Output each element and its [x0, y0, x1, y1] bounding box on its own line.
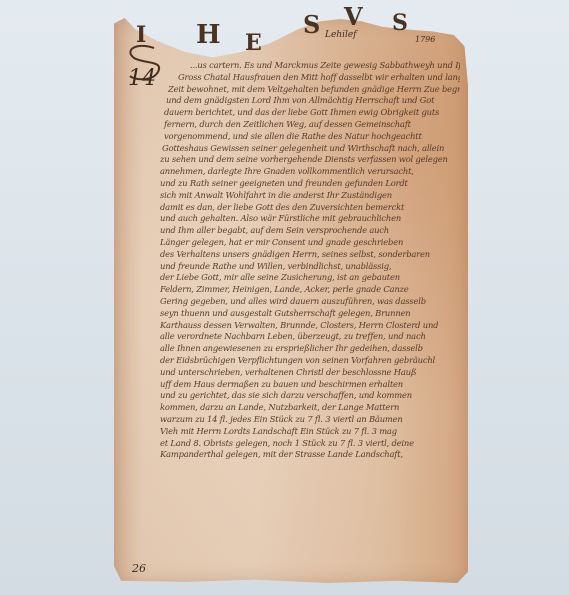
heading-letter-h: H [196, 20, 221, 50]
text-line: Zeit bewohnet, mit dem Veltgehalten befu… [160, 84, 460, 96]
text-line: Kampanderthal gelegen, mit der Strasse L… [160, 449, 460, 461]
text-line: uff dem Haus dermaßen zu bauen und besch… [160, 379, 460, 391]
text-line: Vieh mit Herrn Lordts Landschaft Ein Stü… [160, 426, 460, 438]
heading-letter-s: S [303, 10, 320, 39]
text-line: warzum zu 14 fl. jedes Ein Stück zu 7 fl… [160, 414, 460, 426]
text-line: Karthauss dessen Verwalten, Brunnde, Clo… [160, 320, 460, 332]
text-line: vorgenommend, und sie allen die Rathe de… [160, 131, 460, 143]
text-line: et Land 8. Obrists gelegen, noch 1 Stück… [160, 438, 460, 450]
text-line: annehmen, darlegte Ihre Gnaden vollkomme… [160, 166, 460, 178]
text-line: Länger gelegen, hat er mir Consent und g… [160, 237, 460, 249]
heading-letter-v: V [344, 2, 363, 31]
text-line: dauern berichtet, und das der liebe Gott… [160, 107, 460, 119]
text-line: Gross Chatal Hausfrauen den Mitt hoff da… [160, 72, 460, 84]
text-line: Gering gegeben, und alles wird dauern au… [160, 296, 460, 308]
text-line: und freunde Rathe und Willen, verbindlic… [160, 261, 460, 273]
text-line: und zu Rath seiner geeigneten und freund… [160, 178, 460, 190]
text-line: ...us cartern. Es und Marckmus Zeite gew… [160, 60, 460, 72]
bottom-folio-number: 26 [132, 562, 146, 575]
marginal-number: 14 [128, 66, 156, 91]
top-right-number: 1796 [415, 35, 435, 44]
heading-letter-e: E [245, 30, 262, 56]
manuscript-body: ...us cartern. Es und Marckmus Zeite gew… [160, 60, 460, 461]
text-line: Gotteshaus Gewissen seiner gelegenheit u… [160, 143, 460, 155]
text-line: und auch gehalten. Also wär Fürstliche m… [160, 213, 460, 225]
text-line: und unterschrieben, verhaltenen Christl … [160, 367, 460, 379]
text-line: und Ihm aller begabt, auf dem Sein versp… [160, 225, 460, 237]
heading-letter-s2: S [392, 10, 408, 36]
text-line: seyn thuenn und ausgestalt Gutsherrschaf… [160, 308, 460, 320]
text-line: kommen, darzu an Lande, Nutzbarkeit, der… [160, 402, 460, 414]
text-line: des Verhaltens unsers gnädigen Herrn, se… [160, 249, 460, 261]
top-annotation: Lehilef [325, 30, 357, 40]
text-line: der Eidsbrüchigen Verpflichtungen von se… [160, 355, 460, 367]
text-line: und dem gnädigsten Lord Ihm von Allmächt… [160, 95, 460, 107]
text-line: alle verordnete Nachbarn Leben, überzeug… [160, 331, 460, 343]
text-line: und zu gerichtet, das sie sich darzu ver… [160, 390, 460, 402]
text-line: der Liebe Gott, mir alle seine Zusicheru… [160, 272, 460, 284]
text-line: alle Ihnen angewiesenen zu ersprießliche… [160, 343, 460, 355]
text-line: sich mit Anwalt Wohlfahrt in die anderst… [160, 190, 460, 202]
text-line: Feldern, Zimmer, Heinigen, Lande, Acker,… [160, 284, 460, 296]
text-line: zu sehen und dem seine vorhergehende Die… [160, 154, 460, 166]
text-line: damit es dan, der liebe Gott des den Zuv… [160, 202, 460, 214]
text-line: fernern, durch den Zeitlichen Weg, auf d… [160, 119, 460, 131]
